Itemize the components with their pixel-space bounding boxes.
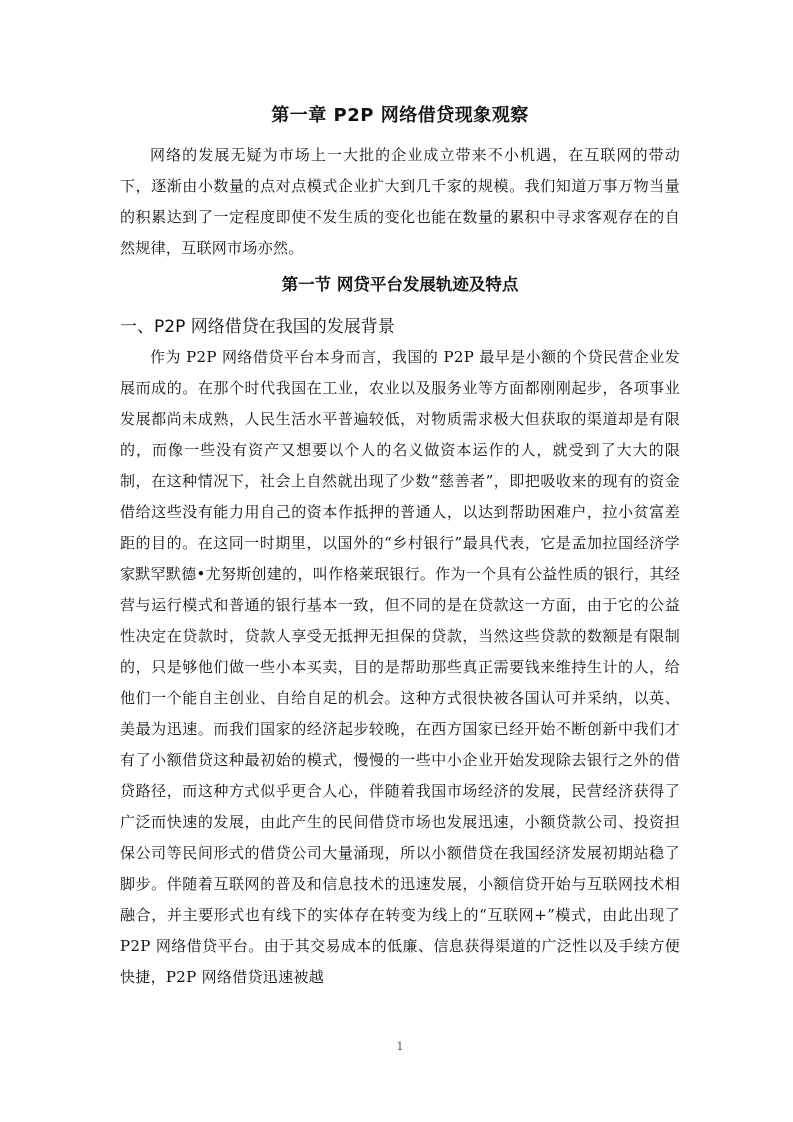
subsection-title: 一、P2P 网络借贷在我国的发展背景 [120,314,680,340]
body-paragraph: 作为 P2P 网络借贷平台本身而言，我国的 P2P 最早是小额的个贷民营企业发展… [120,342,680,993]
section-title: 第一节 网贷平台发展轨迹及特点 [120,272,680,298]
page-number: 1 [120,1040,680,1053]
chapter-title: 第一章 P2P 网络借贷现象观察 [120,102,680,130]
intro-paragraph: 网络的发展无疑为市场上一大批的企业成立带来不小机遇，在互联网的带动下，逐渐由小数… [120,140,680,264]
